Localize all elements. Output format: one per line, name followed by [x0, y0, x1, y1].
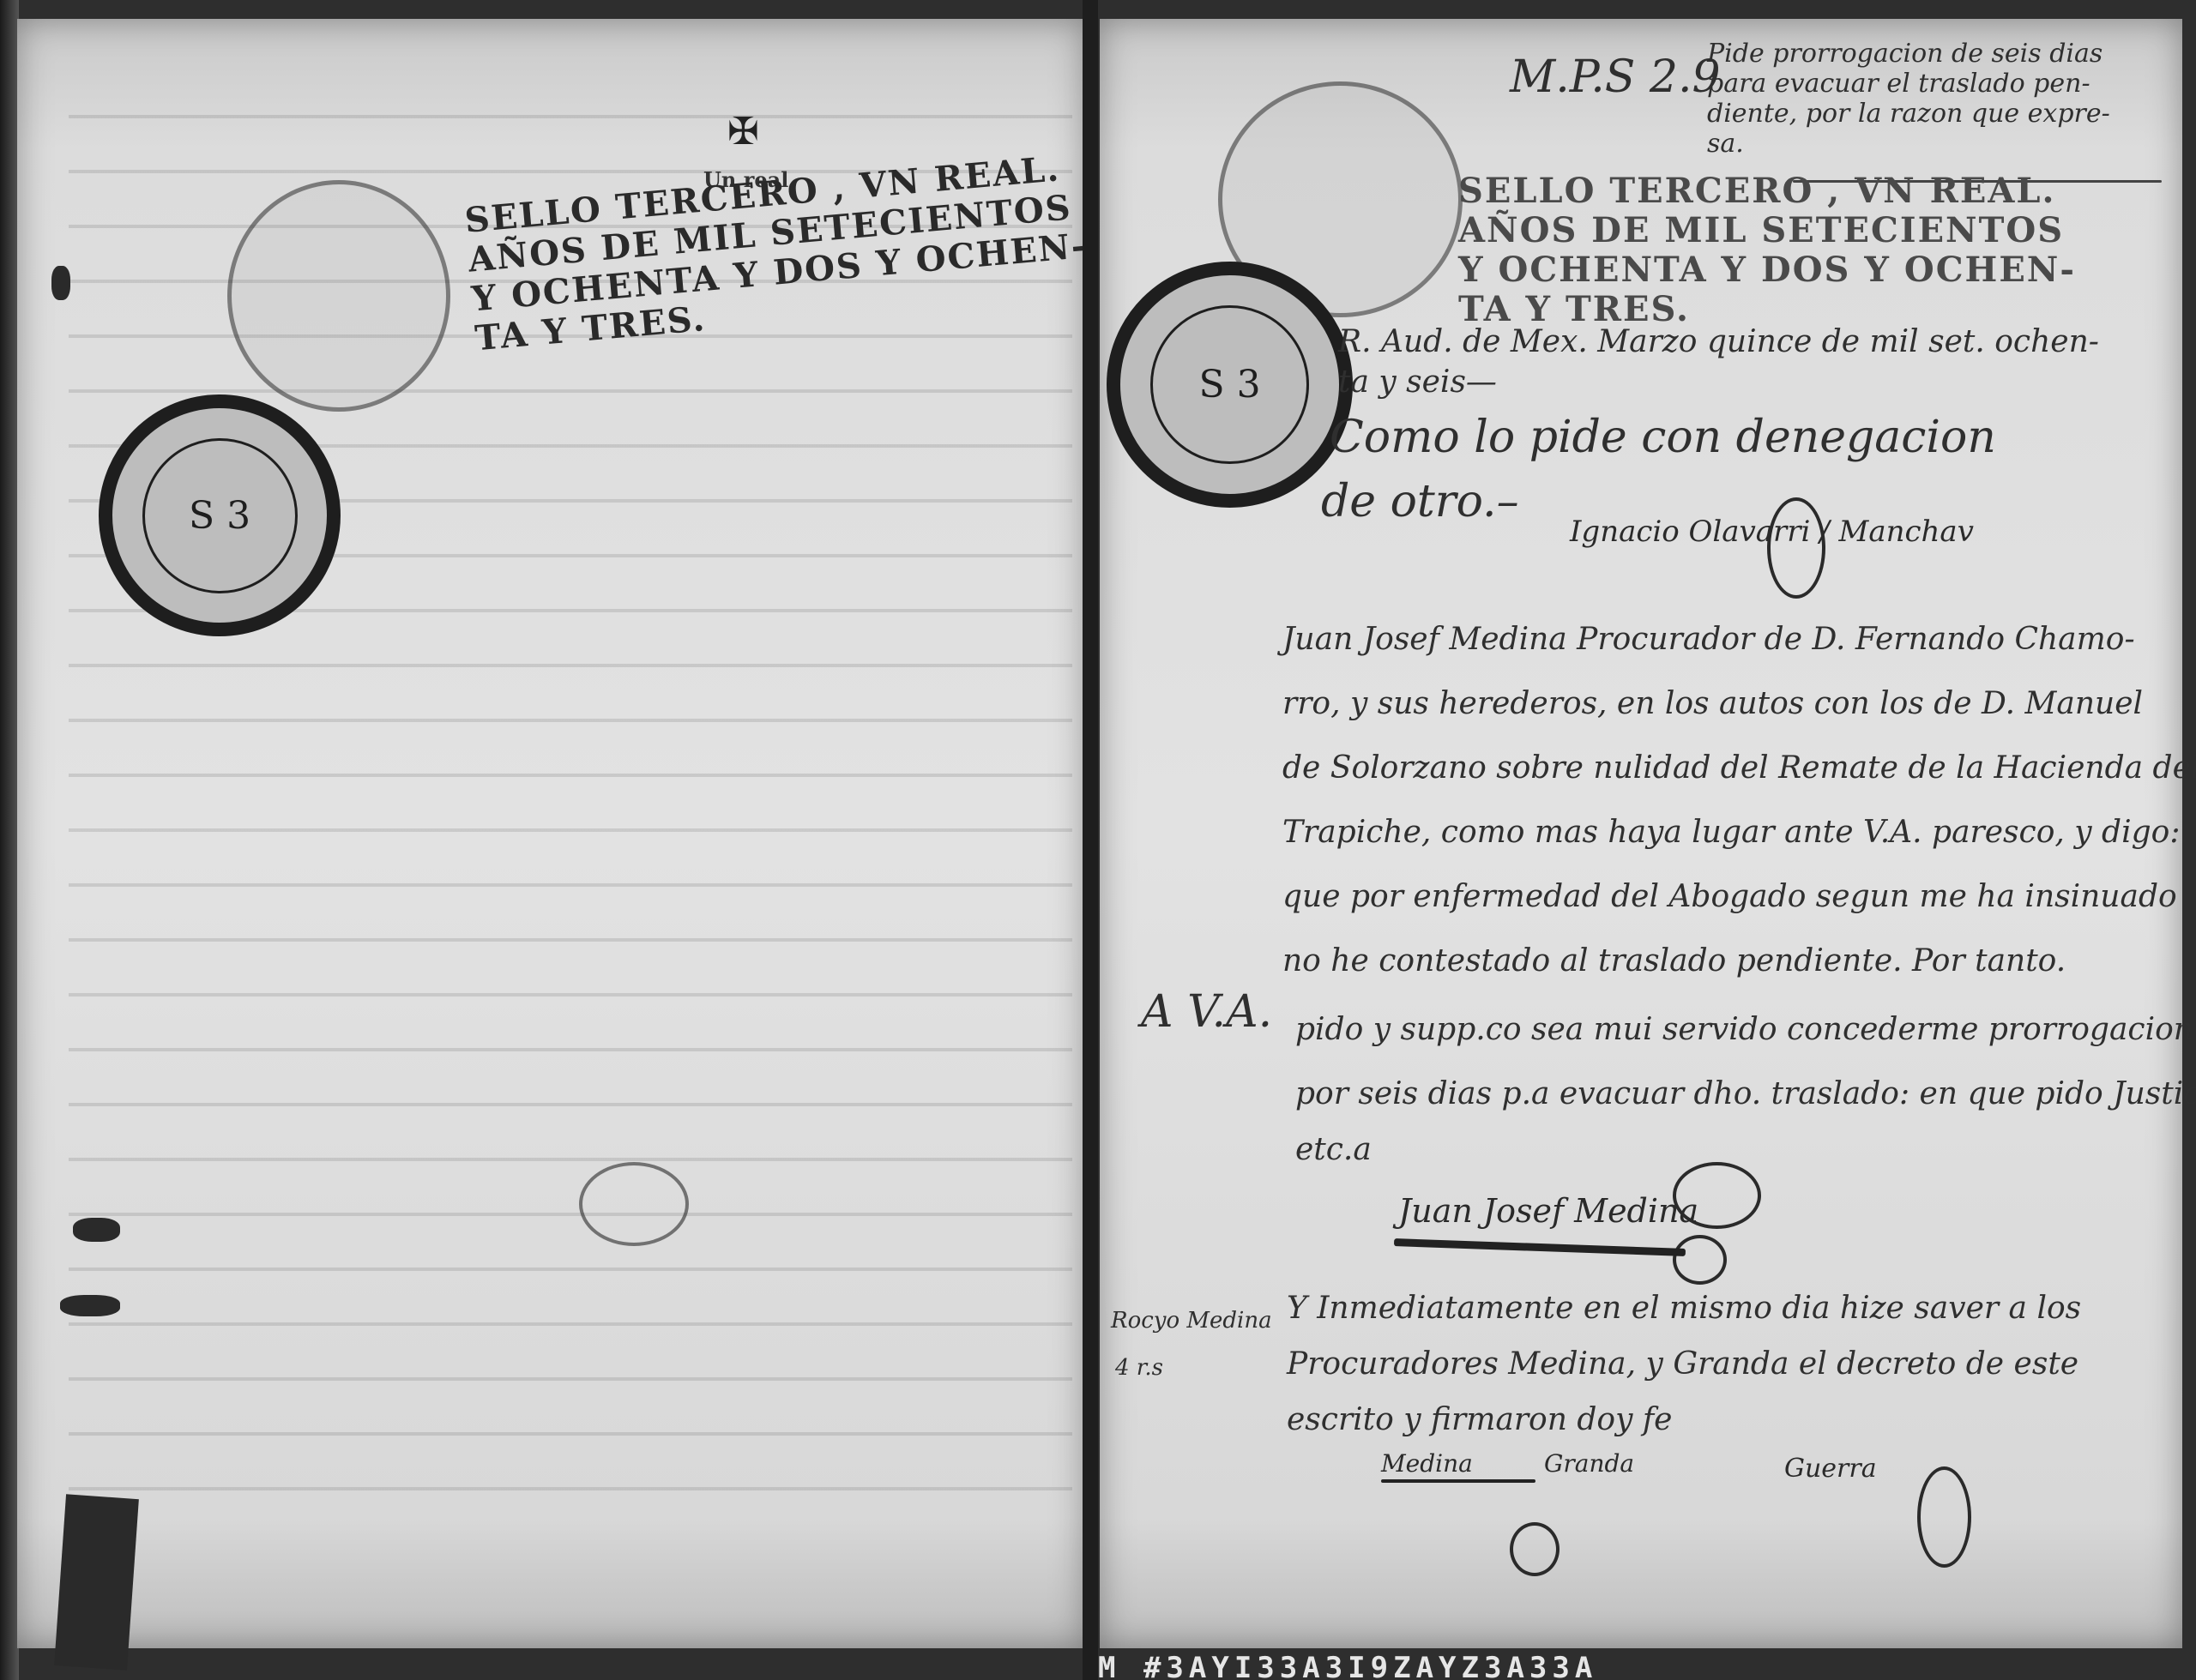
signature-flourish: [1510, 1522, 1560, 1576]
request-line: etc.a: [1295, 1132, 1372, 1167]
margin-note-line: diente, por la razon que expre-: [1707, 99, 2170, 129]
signature-flourish: [1673, 1235, 1727, 1285]
notification-line: escrito y firmaron doy fe: [1287, 1402, 1673, 1437]
faded-flourish: [579, 1162, 689, 1246]
book-spine-edge: [0, 0, 19, 1680]
petition-line: Juan Josef Medina Procurador de D. Ferna…: [1282, 622, 2175, 686]
request-line: por seis dias p.a evacuar dho. traslado:…: [1295, 1076, 2196, 1111]
microfilm-edge-code: M #3AYI33A3I9ZAYZ3A33A: [1098, 1651, 1597, 1680]
decree-line: ta y seis—: [1338, 364, 1497, 400]
decree-line: de otro.–: [1321, 476, 1519, 527]
margin-note-line: sa.: [1707, 129, 2170, 159]
folio-mark: M.P.S 2.9: [1510, 51, 1721, 103]
dark-seal-right: S 3: [1107, 262, 1353, 508]
page-gutter: [1083, 0, 1098, 1680]
ink-blot: [73, 1218, 120, 1242]
petition-line: no he contestado al traslado pendiente. …: [1282, 943, 2175, 1008]
binding-tab: [54, 1494, 139, 1670]
seal-monogram: S 3: [1150, 305, 1309, 464]
margin-addressee: A V.A.: [1141, 986, 1272, 1038]
ink-blot: [51, 266, 70, 300]
notification-line: Y Inmediatamente en el mismo dia hize sa…: [1287, 1291, 2081, 1326]
margin-note-bottom-line: Rocyo Medina: [1111, 1308, 1272, 1334]
notification-signature: Guerra: [1784, 1454, 1877, 1484]
signature-flourish: [1917, 1466, 1971, 1568]
notification-line: Procuradores Medina, y Granda el decreto…: [1287, 1346, 2078, 1382]
ink-blot: [60, 1295, 120, 1316]
signature-flourish: [1767, 497, 1825, 599]
dark-seal-left: S 3: [99, 394, 341, 636]
margin-note-line: para evacuar el traslado pen-: [1707, 69, 2170, 99]
petition-line: Trapiche, como mas haya lugar ante V.A. …: [1282, 815, 2175, 879]
petition-line: de Solorzano sobre nulidad del Remate de…: [1282, 750, 2175, 815]
notification-signature: Granda: [1544, 1449, 1634, 1478]
margin-summary-note: Pide prorrogacion de seis dias para evac…: [1707, 39, 2170, 159]
petition-line: que por enfermedad del Abogado segun me …: [1282, 879, 2175, 943]
faint-seal-left: [227, 180, 450, 412]
decree-line: R. Aud. de Mex. Marzo quince de mil set.…: [1338, 324, 2099, 359]
notification-signature: Medina: [1381, 1449, 1473, 1478]
margin-note-bottom-line: 4 r.s: [1115, 1355, 1163, 1381]
petition-line: rro, y sus herederos, en los autos con l…: [1282, 686, 2175, 750]
request-line: pido y supp.co sea mui servido concederm…: [1295, 1012, 2193, 1047]
seal-monogram: S 3: [142, 438, 298, 593]
cross-icon: ✠: [727, 110, 759, 154]
margin-note-line: Pide prorrogacion de seis dias: [1707, 39, 2170, 69]
signature-underline: [1381, 1479, 1535, 1483]
sello-tercero-stamp-right: SELLO TERCERO , VN REAL. AÑOS DE MIL SET…: [1458, 172, 2076, 329]
petition-body: Juan Josef Medina Procurador de D. Ferna…: [1282, 622, 2175, 1008]
decree-line: Como lo pide con denegacion: [1330, 412, 1996, 463]
signature-flourish: [1673, 1162, 1761, 1229]
petitioner-signature: Juan Josef Medina: [1398, 1192, 1698, 1230]
